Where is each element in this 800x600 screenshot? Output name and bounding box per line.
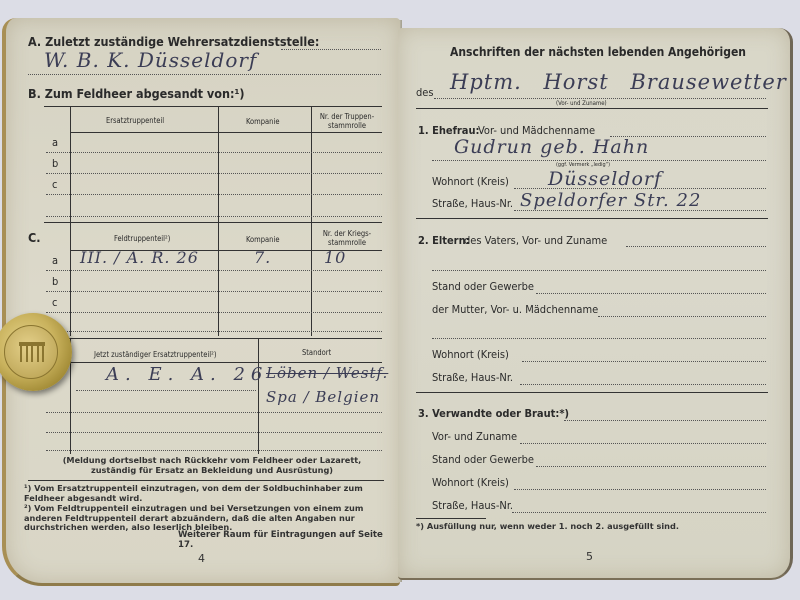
row-letter-b: b xyxy=(52,275,58,288)
footnote-2: ²) Vom Feldtruppenteil einzutragen und b… xyxy=(24,504,384,533)
table-bottom-rule xyxy=(44,222,382,223)
dotted-line xyxy=(434,98,766,99)
right-page: Anschriften der nächsten lebenden Angehö… xyxy=(398,28,793,580)
row-line xyxy=(46,432,382,433)
feldtruppenteil-value: III. / A. R. 26 xyxy=(80,248,199,267)
dotted-line xyxy=(28,74,381,75)
col-header-kompanie: Kompanie xyxy=(246,235,279,244)
header-rule xyxy=(70,362,382,363)
column-divider xyxy=(218,222,219,336)
col-header-standort: Standort xyxy=(302,348,331,357)
footnote-rule xyxy=(416,518,486,519)
table-top-rule xyxy=(44,106,382,107)
column-divider xyxy=(258,338,259,454)
row-line xyxy=(46,194,382,195)
row-line xyxy=(46,216,382,217)
dotted-line xyxy=(512,512,766,513)
table-bottom-rule xyxy=(44,338,382,339)
dotted-line xyxy=(536,293,766,294)
row-letter-c: c xyxy=(52,296,57,309)
row-line xyxy=(46,331,382,332)
holder-name: Hptm. Horst Brausewetter xyxy=(450,70,787,94)
section-2-label: 2. Eltern: xyxy=(418,234,470,247)
dotted-line xyxy=(432,160,766,161)
relative-residence-label: Wohnort (Kreis) xyxy=(432,476,509,489)
column-divider xyxy=(218,106,219,222)
footnote-1: ¹) Vom Ersatztruppenteil einzutragen, vo… xyxy=(24,484,384,503)
current-unit-value: A. E. A. 26 xyxy=(106,364,268,385)
dotted-line xyxy=(522,361,766,362)
holder-caption: (Vor- und Zuname) xyxy=(556,100,607,107)
row-line xyxy=(46,270,382,271)
column-divider xyxy=(70,222,71,336)
col-header-kriegsstammrolle: Nr. der Kriegs-stammrolle xyxy=(316,229,378,247)
row-letter-c: c xyxy=(52,178,57,191)
col-header-kompanie: Kompanie xyxy=(246,117,279,126)
row-line xyxy=(46,312,382,313)
dotted-line xyxy=(520,443,766,444)
standort-value: Spa / Belgien xyxy=(266,388,380,406)
footnote-rule xyxy=(28,480,384,481)
page-title: Anschriften der nächsten lebenden Angehö… xyxy=(450,45,746,59)
reporting-instruction: (Meldung dortselbst nach Rückkehr vom Fe… xyxy=(40,456,384,475)
dotted-line xyxy=(626,246,766,247)
dotted-line xyxy=(520,384,766,385)
father-occupation-label: Stand oder Gewerbe xyxy=(432,280,534,293)
row-line xyxy=(46,450,382,451)
column-divider xyxy=(70,106,71,222)
father-label: des Vaters, Vor- und Zuname xyxy=(464,234,607,247)
section-rule xyxy=(416,392,768,393)
footnote: *) Ausfüllung nur, wenn weder 1. noch 2.… xyxy=(416,522,679,532)
section-a-label: A. Zuletzt zuständige Wehrersatzdienstst… xyxy=(28,34,319,49)
dotted-line xyxy=(536,466,766,467)
dotted-line xyxy=(564,420,766,421)
col-header-current-unit: Jetzt zuständiger Ersatztruppenteil²) xyxy=(94,350,216,359)
page-number: 4 xyxy=(198,552,205,565)
open-soldbuch: A. Zuletzt zuständige Wehrersatzdienstst… xyxy=(0,0,800,600)
row-letter-b: b xyxy=(52,157,58,170)
column-divider xyxy=(311,106,312,222)
coin-face xyxy=(4,325,58,379)
col-header-ersatztruppenteil: Ersatztruppenteil xyxy=(106,116,164,125)
row-letter-a: a xyxy=(52,254,58,267)
col-header-stammrolle: Nr. der Truppen-stammrolle xyxy=(316,112,378,130)
section-c-label: C. xyxy=(28,230,41,245)
section-a-handwritten: W. B. K. Düsseldorf xyxy=(44,48,257,72)
section-rule xyxy=(416,218,768,219)
row-letter-a: a xyxy=(52,136,58,149)
spouse-name-value: Gudrun geb. Hahn xyxy=(454,136,649,158)
kriegsstammrolle-value: 10 xyxy=(324,248,346,267)
row-line xyxy=(46,412,382,413)
section-b-label: B. Zum Feldheer abgesandt von:¹) xyxy=(28,86,245,101)
standort-struck-value: Löben / Westf. xyxy=(266,364,388,382)
relative-occupation-label: Stand oder Gewerbe xyxy=(432,453,534,466)
relative-name-label: Vor- und Zuname xyxy=(432,430,517,443)
dotted-line xyxy=(598,316,766,317)
dotted-line xyxy=(432,270,766,271)
relative-street-label: Straße, Haus-Nr. xyxy=(432,499,513,512)
spouse-residence-value: Düsseldorf xyxy=(548,168,662,190)
spouse-street-label: Straße, Haus-Nr. xyxy=(432,197,513,210)
row-line xyxy=(46,291,382,292)
parents-street-label: Straße, Haus-Nr. xyxy=(432,371,513,384)
row-line xyxy=(46,173,382,174)
dotted-line xyxy=(432,338,766,339)
mother-label: der Mutter, Vor- u. Mädchenname xyxy=(432,303,598,316)
spouse-residence-label: Wohnort (Kreis) xyxy=(432,175,509,188)
more-space-note: Weiterer Raum für Eintragungen auf Seite… xyxy=(178,531,400,550)
left-page: A. Zuletzt zuständige Wehrersatzdienstst… xyxy=(2,18,400,586)
des-label: des xyxy=(416,86,434,99)
parents-residence-label: Wohnort (Kreis) xyxy=(432,348,509,361)
row-line xyxy=(76,390,256,391)
spouse-street-value: Speldorfer Str. 22 xyxy=(520,190,701,211)
header-rule xyxy=(70,132,382,133)
page-number: 5 xyxy=(586,550,593,563)
section-rule xyxy=(416,108,768,109)
kompanie-value: 7. xyxy=(254,248,271,267)
col-header-feldtruppenteil: Feldtruppenteil²) xyxy=(114,234,170,243)
dotted-line xyxy=(281,49,381,50)
row-line xyxy=(46,152,382,153)
section-3-label: 3. Verwandte oder Braut:*) xyxy=(418,407,569,420)
dotted-line xyxy=(514,489,766,490)
column-divider xyxy=(311,222,312,336)
brandenburg-gate-icon xyxy=(19,342,45,362)
